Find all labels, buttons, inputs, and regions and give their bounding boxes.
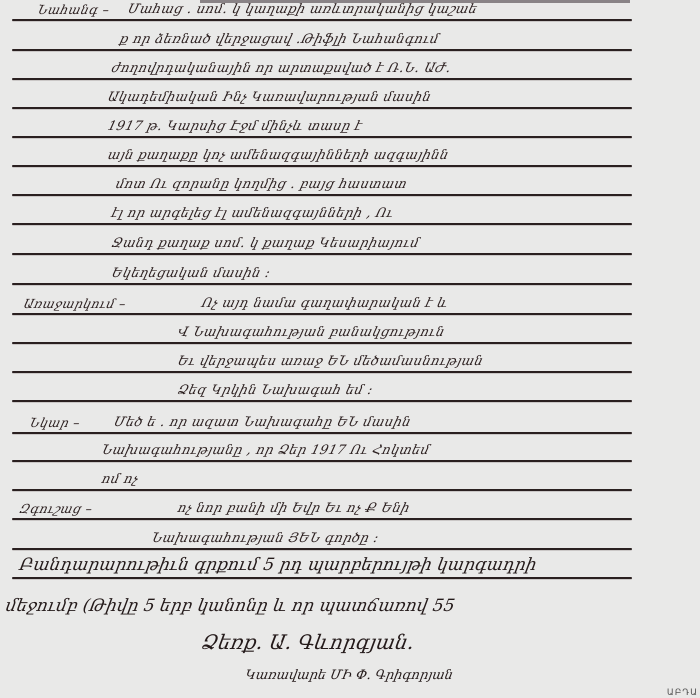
signature: Ձեռք. Ա. Գևորգյան. <box>200 630 416 654</box>
ruled-line <box>12 223 632 225</box>
annotation-line-1: Բանդարարութիւն գրքում 5 րդ պարբերույթի կ… <box>18 555 538 575</box>
ruled-line <box>12 165 632 167</box>
line-label: Նահանգ – <box>36 2 111 17</box>
line-text: ժողովրդականային որ արտաքսված է Ռ․Ն․ ԱԺ․ <box>110 61 453 76</box>
line-text: Ջանդ քաղաք սոմ․ կ քաղաք Կեսարիայում <box>110 236 421 251</box>
line-text: Ոչ այդ նամա գաղափարական է և <box>200 296 450 311</box>
line-text: Մահաց ․ սոմ․ կ կաղաքի առևտրականից կաշաե <box>126 2 479 17</box>
line-text: Նախագահության ՅԵՆ գործը ։ <box>150 531 380 546</box>
ruled-line <box>12 78 632 80</box>
line-text: այն քաղաքը կոչ ամենազգայինների ազգայինն <box>106 148 450 163</box>
line-text: Վ Նախագահության բանակցություն <box>176 325 446 340</box>
ruled-line <box>12 49 632 51</box>
line-text: ոմ ոչ <box>100 472 140 487</box>
ruled-line <box>12 489 632 491</box>
corner-mark: ԱԲԴԱ <box>667 688 698 698</box>
ruled-line <box>12 400 632 402</box>
line-text: ք որ ձեռնած վերջացավ ․Թիֆլի Նահանգում <box>118 32 441 47</box>
ruled-line <box>12 460 632 462</box>
ruled-line <box>12 136 632 138</box>
ruled-line <box>12 107 632 109</box>
line-text: Ձեզ Կրկին Նախագահ եմ ։ <box>176 383 374 398</box>
ruled-line <box>12 194 632 196</box>
ruled-line <box>12 518 632 520</box>
line-text: ոչ նոր բանի մի Եվր Եւ ոչ Ք Ենի <box>176 501 412 516</box>
ruled-line <box>12 283 632 285</box>
line-text: Ակադեմիական Ինչ Կառավարության մասին <box>106 90 433 105</box>
line-text: Եկեղեցական մասին ։ <box>110 266 272 281</box>
line-label: Առաջարկում – <box>22 296 128 311</box>
line-text: մոտ Ու զորանը կողմից ․ բայց հաստատ <box>114 177 409 192</box>
ruled-line <box>12 253 632 255</box>
annotation-line-2: մեջումբ (Թիվը 5 երբ կանոնը և որ պատճառով… <box>4 596 456 616</box>
line-text: Եւ վերջապես առաջ ԵՆ մեծամասնության <box>176 354 485 369</box>
line-text: Մեծ ե ․ որ ազատ Նախագահը ԵՆ մասին <box>112 415 413 430</box>
ruled-line <box>12 313 632 315</box>
ruled-line <box>12 432 632 434</box>
line-label: Նկար – <box>28 415 82 430</box>
ruled-line <box>12 577 632 579</box>
ruled-line <box>12 342 632 344</box>
ruled-line <box>12 19 632 21</box>
line-label: Զգուշաց – <box>18 501 94 516</box>
line-text: էլ որ արգելեց էլ ամենազգայնների , Ու <box>110 206 395 221</box>
sub-signature: Կառավարե ՄԻ Փ. Գրիգորյան <box>244 668 454 683</box>
line-text: 1917 թ․ Կարսից Էջմ մինչև տասը է <box>106 119 364 134</box>
ruled-line <box>12 548 632 550</box>
line-text: Նախագահությանը , որ Ձեր 1917 Ու Հոկտեմ <box>100 443 431 458</box>
ruled-line <box>12 371 632 373</box>
document-page: Նահանգ – Մահաց ․ սոմ․ կ կաղաքի առևտրական… <box>0 0 700 698</box>
